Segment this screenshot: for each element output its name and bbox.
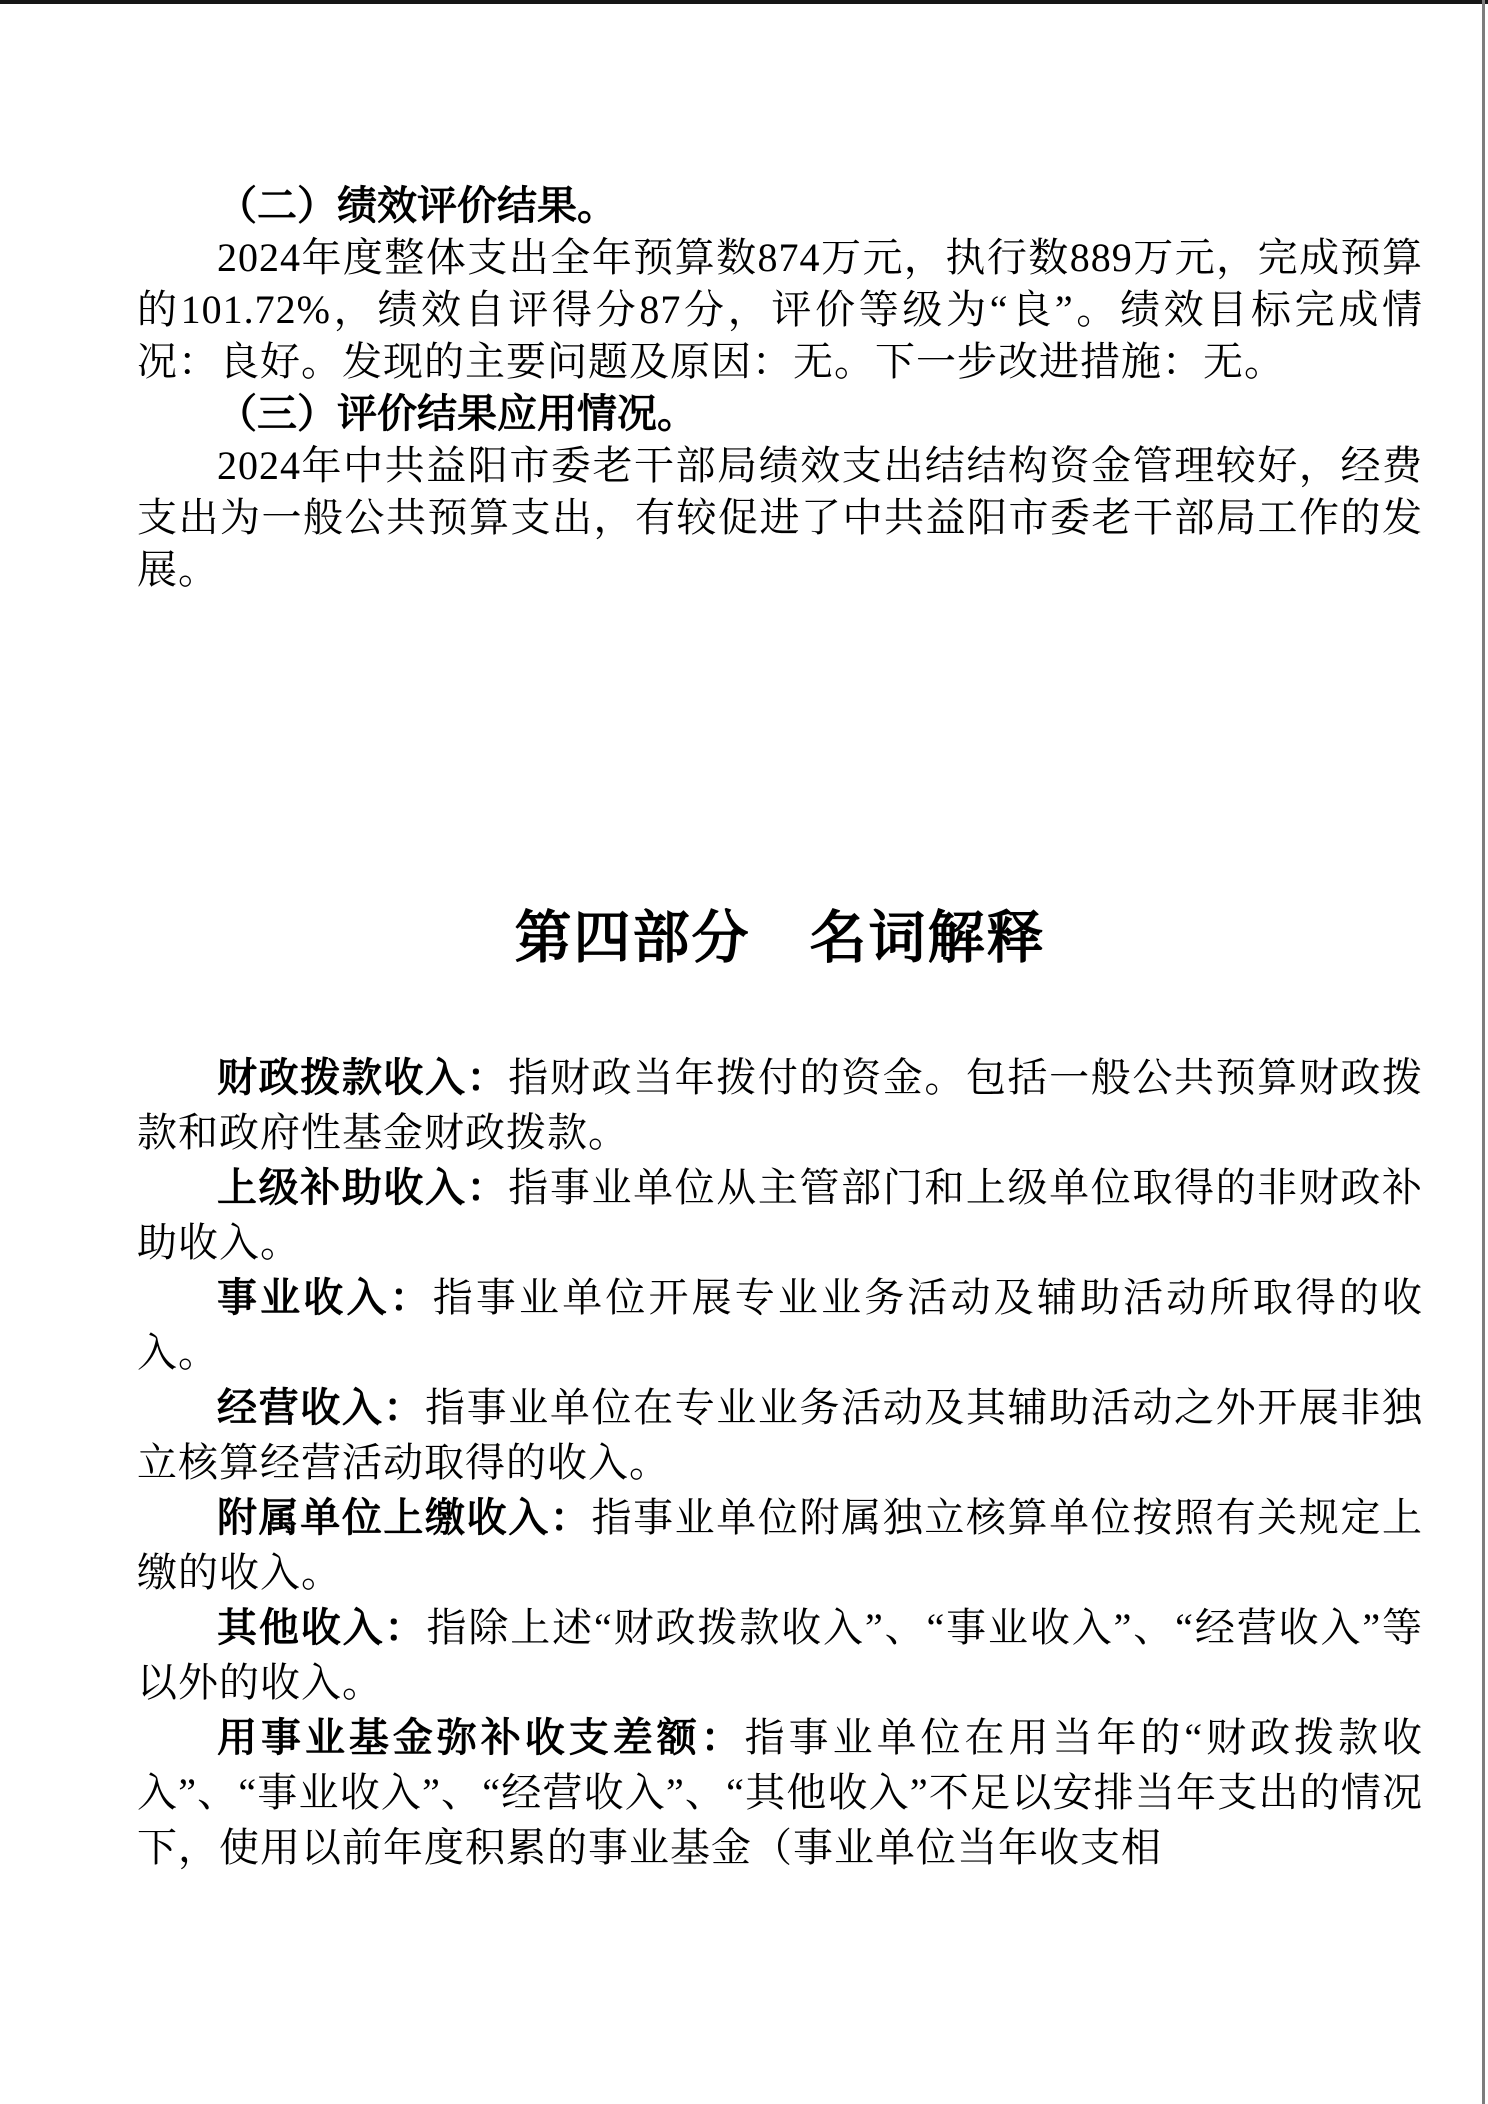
paragraph-evaluation-result-application: 2024年中共益阳市委老干部局绩效支出结结构资金管理较好，经费支出为一般公共预算… <box>137 440 1423 596</box>
paragraph-performance-evaluation-results: 2024年度整体支出全年预算数874万元，执行数889万元，完成预算的101.7… <box>137 232 1423 388</box>
definition-term: 经营收入： <box>217 1385 425 1430</box>
definition-term: 附属单位上缴收入： <box>217 1495 591 1540</box>
definition-term: 事业收入： <box>217 1275 433 1320</box>
heading-evaluation-result-application: （三）评价结果应用情况。 <box>137 388 1423 440</box>
definition-term: 上级补助收入： <box>217 1165 508 1210</box>
definition-qita-shouru: 其他收入：指除上述“财政拨款收入”、“事业收入”、“经营收入”等以外的收入。 <box>137 1600 1423 1710</box>
definition-term: 财政拨款收入： <box>217 1055 508 1100</box>
definition-caizheng-bokuan-shouru: 财政拨款收入：指财政当年拨付的资金。包括一般公共预算财政拨款和政府性基金财政拨款… <box>137 1050 1423 1160</box>
definition-term: 用事业基金弥补收支差额： <box>217 1715 745 1760</box>
definition-jingying-shouru: 经营收入：指事业单位在专业业务活动及其辅助活动之外开展非独立核算经营活动取得的收… <box>137 1380 1423 1490</box>
page-top-edge <box>0 0 1488 4</box>
part4-title: 第四部分 名词解释 <box>137 904 1423 974</box>
page-right-edge <box>1482 0 1485 2104</box>
definition-yong-shiye-jijin-mibu-shouzhi-chae: 用事业基金弥补收支差额：指事业单位在用当年的“财政拨款收入”、“事业收入”、“经… <box>137 1710 1423 1875</box>
heading-performance-evaluation-results: （二）绩效评价结果。 <box>137 180 1423 232</box>
document-body: （二）绩效评价结果。 2024年度整体支出全年预算数874万元，执行数889万元… <box>137 180 1423 1875</box>
definition-shiye-shouru: 事业收入：指事业单位开展专业业务活动及辅助活动所取得的收入。 <box>137 1270 1423 1380</box>
definition-term: 其他收入： <box>217 1605 426 1650</box>
definition-shangji-buzhu-shouru: 上级补助收入：指事业单位从主管部门和上级单位取得的非财政补助收入。 <box>137 1160 1423 1270</box>
definition-fushu-danwei-shangjiao-shouru: 附属单位上缴收入：指事业单位附属独立核算单位按照有关规定上缴的收入。 <box>137 1490 1423 1600</box>
